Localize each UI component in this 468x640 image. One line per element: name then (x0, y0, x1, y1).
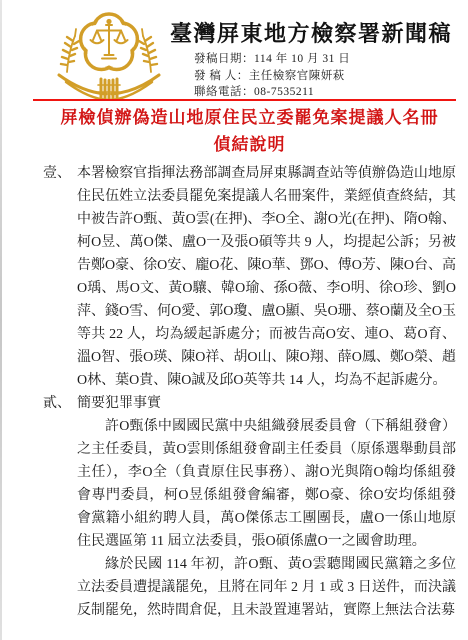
section-indictment-label: 壹、 (43, 162, 77, 392)
header-text-block: 臺灣屏東地方檢察署新聞稿 發稿日期：114 年 10 月 31 日 發 稿 人：… (170, 8, 452, 101)
pingtung-prosecutors-emblem (54, 8, 164, 100)
document-body: 壹、 本署檢察官指揮法務部調查局屏東縣調查站等偵辦偽造山地原住民伍姓立法委員罷免… (43, 162, 456, 622)
release-date: 發稿日期：114 年 10 月 31 日 (194, 51, 452, 68)
release-meta: 發稿日期：114 年 10 月 31 日 發 稿 人：主任檢察官陳妍萩 聯絡電話… (194, 51, 452, 101)
agency-title: 臺灣屏東地方檢察署新聞稿 (170, 20, 452, 48)
page-root: 臺灣屏東地方檢察署新聞稿 發稿日期：114 年 10 月 31 日 發 稿 人：… (0, 0, 468, 640)
document-title-line2: 偵結說明 (43, 131, 456, 158)
facts-paragraph-1: 許O甄係中國國民黨中央組織發展委員會（下稱組發會）之主任委員，黃O雲則係組發會副… (77, 415, 456, 553)
red-divider (33, 99, 456, 101)
wheat-sheaf-base-icon (59, 75, 159, 100)
document-title-line1: 屏檢偵辦偽造山地原住民立委罷免案提議人名冊 (43, 104, 456, 131)
section-facts-label: 貳、 (43, 392, 77, 415)
facts-paragraph-2: 緣於民國 114 年初，許O甄、黃O雲聽聞國民黨籍之多位立法委員遭提議罷免，且將… (77, 553, 456, 622)
document-title: 屏檢偵辦偽造山地原住民立委罷免案提議人名冊 偵結說明 (43, 104, 456, 158)
section-indictment: 壹、 本署檢察官指揮法務部調查局屏東縣調查站等偵辦偽造山地原住民伍姓立法委員罷免… (43, 162, 456, 392)
scan-edge-artifact (0, 0, 2, 640)
section-facts: 貳、 簡要犯罪事實 (43, 392, 456, 415)
section-facts-heading: 簡要犯罪事實 (77, 392, 456, 415)
press-release-header: 臺灣屏東地方檢察署新聞稿 發稿日期：114 年 10 月 31 日 發 稿 人：… (54, 8, 452, 101)
section-indictment-text: 本署檢察官指揮法務部調查局屏東縣調查站等偵辦偽造山地原住民伍姓立法委員罷免案提議… (77, 162, 456, 392)
release-author: 發 稿 人：主任檢察官陳妍萩 (194, 68, 452, 85)
